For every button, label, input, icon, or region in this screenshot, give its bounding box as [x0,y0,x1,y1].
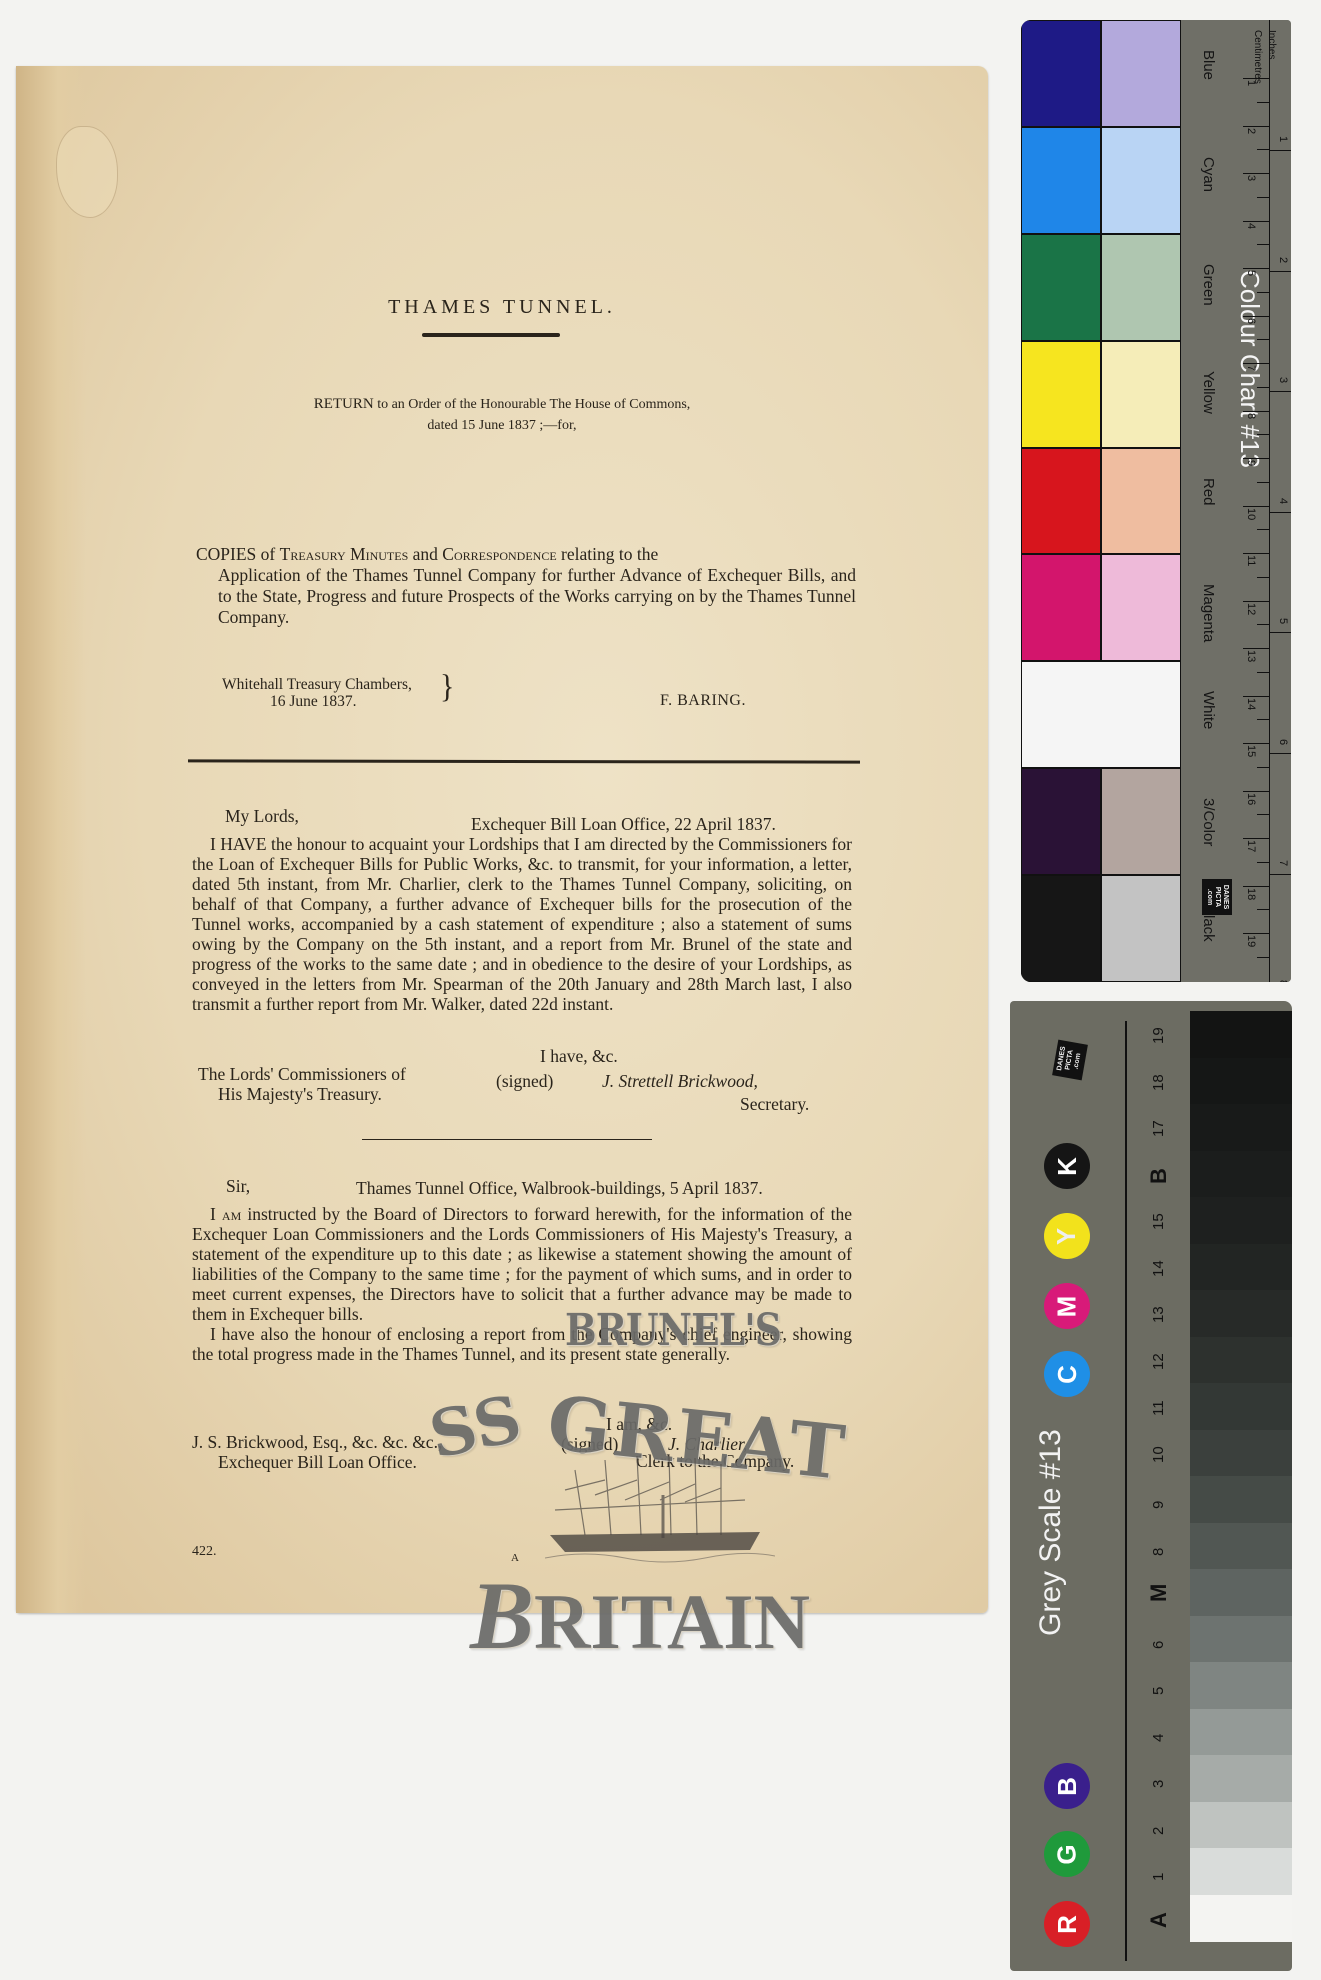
grey-step-1 [1190,1848,1292,1896]
grey-step-label: A [1146,1912,1172,1928]
grey-step-label: 4 [1150,1733,1167,1741]
letter-2-opening: I am [210,1204,241,1224]
ruler-cm-tick [1243,78,1269,79]
letter-1-opening: I HAVE [210,834,267,854]
issuing-office-date: 16 June 1837. [222,693,412,710]
colour-chart-card: Inches Centimetres Colour Chart #13 Blue… [1021,20,1291,982]
danes-picta-logo: DANES PICTA .com [1202,879,1232,915]
grey-step-label: 14 [1150,1260,1167,1277]
ruler-inch-tick [1269,271,1291,272]
ruler-cm-tick [1243,363,1269,364]
swatch-red-light [1101,448,1181,555]
grey-step-label: 11 [1150,1401,1167,1417]
ruler-cm-number: 14 [1245,698,1257,710]
grey-step-9 [1190,1476,1292,1524]
grey-step-2 [1190,1802,1292,1850]
ruler-cm-tick [1243,743,1269,744]
grey-step-A [1190,1895,1292,1943]
copies-word: COPIES [196,544,256,564]
ruler-inch-tick [1269,632,1291,633]
ruler-cm-number: 8 [1245,413,1257,419]
grey-step-label: 17 [1150,1121,1167,1138]
treasury-minutes-text: Treasury Minutes [280,544,409,564]
swatch-white [1021,661,1181,768]
addressee-line: His Majesty's Treasury. [198,1084,406,1104]
grey-step-label: 9 [1150,1501,1167,1509]
ruler-cm-number: 13 [1245,650,1257,662]
swatch-blue-light [1101,20,1181,127]
ruler-inch-number: 1 [1277,136,1289,142]
watermark-britain-initial: B [470,1562,534,1669]
letter-1-body: I HAVE the honour to acquaint your Lords… [192,834,852,1014]
correspondence-text: Correspondence [442,544,556,564]
swatch-green-light [1101,234,1181,341]
ruler-cm-number: 12 [1245,603,1257,615]
grey-step-B [1190,1151,1292,1199]
addressee-line: The Lords' Commissioners of [198,1064,406,1084]
letter-1-text: the honour to acquaint your Lordships th… [192,834,852,1014]
ruler-mm-tick [1257,387,1269,388]
swatch-label: Cyan [1200,157,1217,192]
letter-1-closing: I have, &c. [540,1046,618,1067]
ruler-units-centimetres: Centimetres [1252,30,1263,84]
grey-scale-title: Grey Scale #13 [1034,1429,1068,1636]
ship-illustration-icon [545,1450,775,1570]
letter-1-signatory: J. Strettell Brickwood, [602,1071,758,1092]
grey-step-14 [1190,1244,1292,1292]
ruler-cm-number: 19 [1245,935,1257,947]
grey-scale-divider [1125,1021,1127,1961]
swatch-cyan-dark [1021,127,1101,234]
grey-step-label: 8 [1150,1547,1167,1555]
issuing-office: Whitehall Treasury Chambers, 16 June 183… [222,676,412,710]
copies-text: and [408,544,442,564]
ruler-cm-tick [1243,458,1269,459]
ruler-cm-tick [1243,648,1269,649]
ruler-mm-tick [1257,814,1269,815]
ruler-mm-tick [1257,244,1269,245]
grey-step-label: 18 [1150,1074,1167,1091]
grey-step-10 [1190,1430,1292,1478]
watermark-brunels: BRUNEL'S [565,1305,781,1356]
swatch-green-dark [1021,234,1101,341]
grey-step-15 [1190,1197,1292,1245]
ruler-inch-tick [1269,150,1291,151]
letter-1-signed: (signed) [496,1071,553,1092]
grey-step-label: 10 [1150,1446,1167,1463]
swatch-label: Blue [1200,50,1217,80]
ruler-inch-number: 3 [1277,377,1289,383]
ruler-cm-tick [1243,696,1269,697]
grey-step-label: 19 [1150,1028,1167,1045]
ruler-cm-tick [1243,506,1269,507]
ruler-mm-tick [1257,719,1269,720]
ruler-inch-tick [1269,753,1291,754]
swatch-3-color-light [1101,768,1181,875]
letter-1-signatory-title: Secretary. [740,1094,809,1115]
ruler-mm-tick [1257,482,1269,483]
ruler-inch-number: 7 [1277,860,1289,866]
watermark-britain: BRITAIN [470,1560,810,1671]
ruler-mm-tick [1257,149,1269,150]
ruler-cm-number: 7 [1245,365,1257,371]
ruler-cm-number: 16 [1245,793,1257,805]
ruler-cm-number: 6 [1245,318,1257,324]
ruler-cm-tick [1243,411,1269,412]
grey-step-5 [1190,1662,1292,1710]
grey-step-label: 1 [1150,1873,1167,1881]
ruler-mm-tick [1257,339,1269,340]
ruler-cm-number: 18 [1245,888,1257,900]
copies-text: of [256,544,279,564]
ruler-inch-tick [1269,391,1291,392]
colour-chart-ruler [1181,20,1291,982]
section-divider [188,759,860,763]
grey-step-M [1190,1569,1292,1617]
swatch-yellow-light [1101,341,1181,448]
ruler-mm-tick [1257,529,1269,530]
ruler-baseline [1269,20,1270,982]
issuing-office-name: Whitehall Treasury Chambers, [222,676,412,693]
document-title: THAMES TUNNEL. [16,296,988,319]
ruler-inch-tick [1269,874,1291,875]
swatch-label: Magenta [1200,584,1217,642]
ruler-cm-number: 9 [1245,460,1257,466]
page-number: 422. [192,1544,217,1560]
danes-picta-logo: DANES PICTA .com [1052,1040,1088,1081]
swatch-label: White [1200,691,1217,729]
grey-step-label: 13 [1150,1307,1167,1324]
swatch-blue-dark [1021,20,1101,127]
color-dot-r-icon: R [1044,1901,1090,1947]
ruler-inch-number: 8 [1277,980,1289,982]
grey-step-12 [1190,1337,1292,1385]
ruler-mm-tick [1257,102,1269,103]
ruler-inch-number: 5 [1277,618,1289,624]
color-dot-m-icon: M [1044,1283,1090,1329]
brace-mark: } [440,671,454,704]
ruler-cm-tick [1243,316,1269,317]
ruler-inch-number: 2 [1277,257,1289,263]
return-order-text: to an Order of the Honourable The House … [374,397,691,412]
color-dot-c-icon: C [1044,1351,1090,1397]
letter-1-place-date: Exchequer Bill Loan Office, 22 April 183… [471,814,776,835]
grey-step-13 [1190,1290,1292,1338]
swatch-yellow-dark [1021,341,1101,448]
ruler-cm-number: 15 [1245,745,1257,757]
grey-step-label: 2 [1150,1826,1167,1834]
document-page: THAMES TUNNEL. RETURN to an Order of the… [16,66,988,1613]
ruler-cm-tick [1243,221,1269,222]
grey-step-18 [1190,1058,1292,1106]
ruler-cm-tick [1243,126,1269,127]
ruler-cm-tick [1243,886,1269,887]
swatch-label: Yellow [1200,371,1217,414]
ruler-cm-number: 11 [1245,555,1257,566]
ruler-mm-tick [1257,434,1269,435]
letter-2-salutation: Sir, [226,1176,250,1197]
grey-step-3 [1190,1755,1292,1803]
swatch-label: Red [1200,478,1217,506]
addressee-line: J. S. Brickwood, Esq., &c. &c. &c., [192,1432,442,1452]
ruler-mm-tick [1257,767,1269,768]
grey-step-label: M [1146,1584,1172,1602]
grey-step-label: 5 [1150,1687,1167,1695]
letter-2-place-date: Thames Tunnel Office, Walbrook-buildings… [356,1178,763,1199]
color-dot-b-icon: B [1044,1763,1090,1809]
ruler-cm-number: 17 [1245,840,1257,852]
ruler-mm-tick [1257,957,1269,958]
addressee-line: Exchequer Bill Loan Office. [192,1452,442,1472]
letter-1-salutation: My Lords, [225,806,299,827]
grey-scale-card: Grey Scale #13 191817B15141312111098M654… [1010,1001,1292,1971]
grey-step-label: 6 [1150,1640,1167,1648]
swatch-label: Green [1200,264,1217,306]
grey-step-11 [1190,1383,1292,1431]
copies-description: Application of the Thames Tunnel Company… [196,565,856,628]
ruler-cm-tick [1243,791,1269,792]
ruler-cm-tick [1243,268,1269,269]
swatch-magenta-light [1101,554,1181,661]
copies-text: relating to the [557,544,659,564]
ruler-mm-tick [1257,292,1269,293]
ruler-units-inches: Inches [1266,30,1277,59]
ruler-cm-tick [1243,838,1269,839]
watermark-britain-rest: RITAIN [534,1578,810,1665]
swatch-red-dark [1021,448,1101,555]
letter-separator [362,1139,652,1140]
return-order-date: dated 15 June 1837 ;—for, [16,418,988,434]
ruler-mm-tick [1257,197,1269,198]
ruler-cm-number: 5 [1245,270,1257,276]
ruler-cm-tick [1243,553,1269,554]
title-underline [422,333,560,337]
ruler-cm-number: 2 [1245,128,1257,134]
grey-step-label: 3 [1150,1780,1167,1788]
copies-heading: COPIES of Treasury Minutes and Correspon… [196,544,856,628]
color-dot-k-icon: K [1044,1143,1090,1189]
grey-step-label: B [1146,1168,1172,1184]
ruler-mm-tick [1257,577,1269,578]
ruler-cm-number: 10 [1245,508,1257,520]
ruler-cm-number: 3 [1245,175,1257,181]
ruler-inch-number: 4 [1277,498,1289,504]
ruler-inch-tick [1269,512,1291,513]
ruler-inch-number: 6 [1277,739,1289,745]
ruler-cm-tick [1243,173,1269,174]
ruler-mm-tick [1257,624,1269,625]
color-dot-y-icon: Y [1044,1213,1090,1259]
grey-step-6 [1190,1616,1292,1664]
grey-step-8 [1190,1523,1292,1571]
color-dot-g-icon: G [1044,1831,1090,1877]
ruler-cm-tick [1243,601,1269,602]
swatch-3-color-dark [1021,768,1101,875]
swatch-black-dark [1021,875,1101,982]
return-order-line: RETURN to an Order of the Honourable The… [16,396,988,413]
ruler-cm-number: 4 [1245,223,1257,229]
letter-1-addressee: The Lords' Commissioners of His Majesty'… [198,1064,406,1104]
swatch-label: 3/Color [1200,798,1217,846]
grey-step-17 [1190,1104,1292,1152]
ruler-cm-tick [1243,933,1269,934]
ruler-mm-tick [1257,862,1269,863]
ruler-cm-number: 1 [1245,80,1257,86]
letter-2-addressee: J. S. Brickwood, Esq., &c. &c. &c., Exch… [192,1432,442,1472]
grey-step-19 [1190,1011,1292,1059]
swatch-cyan-light [1101,127,1181,234]
return-word: RETURN [314,396,374,412]
grey-step-4 [1190,1709,1292,1757]
ruler-mm-tick [1257,672,1269,673]
signer-name: F. BARING. [660,692,746,710]
swatch-black-light [1101,875,1181,982]
grey-step-label: 12 [1150,1353,1167,1370]
grey-step-label: 15 [1150,1214,1167,1231]
swatch-magenta-dark [1021,554,1101,661]
ruler-mm-tick [1257,909,1269,910]
